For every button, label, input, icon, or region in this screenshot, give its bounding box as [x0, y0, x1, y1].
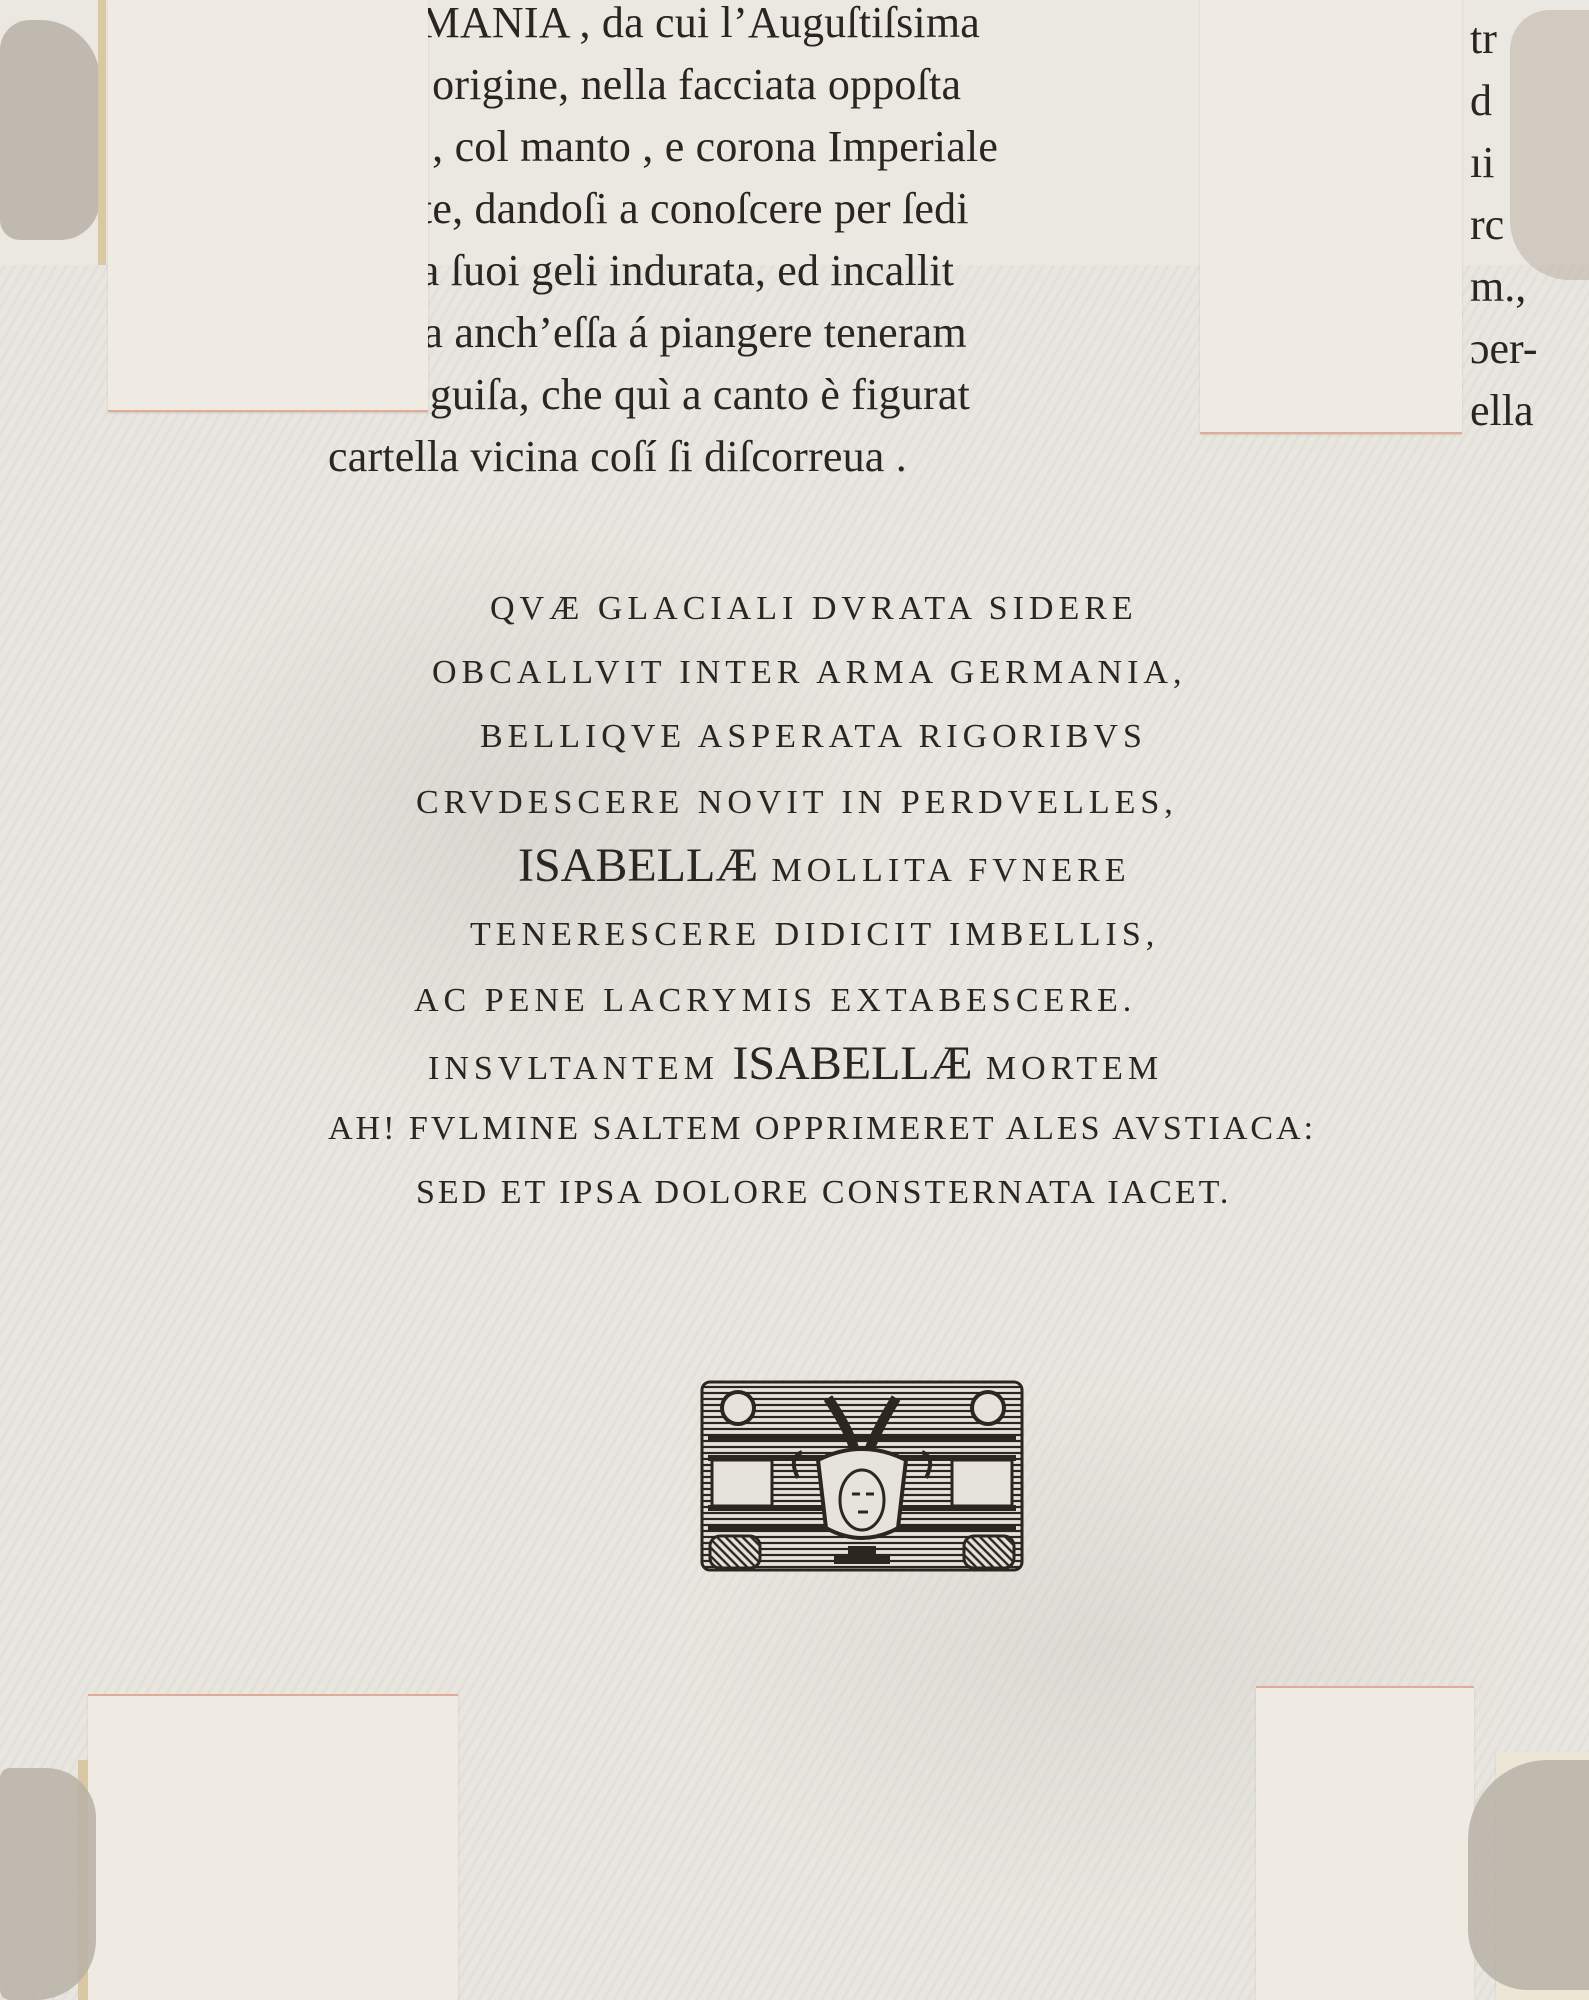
- bottom-right-hinge: [1256, 1686, 1474, 2000]
- inscription-line: OBCALLVIT INTER ARMA GERMANIA,: [432, 654, 1186, 692]
- inscription-text: INSVLTANTEM: [428, 1050, 719, 1087]
- prose-line: cartella vicina coſí ſi diſcorreua .: [328, 426, 907, 488]
- bottom-right-stain: [1468, 1760, 1589, 1990]
- margin-fragment: tr: [1470, 8, 1497, 70]
- inscription-line: ISABELLÆ MOLLITA FVNERE: [518, 838, 1131, 893]
- margin-fragment: ɔer-: [1470, 318, 1537, 380]
- margin-fragment: ıi: [1470, 132, 1494, 194]
- inscription-text: MORTEM: [986, 1050, 1163, 1087]
- inscription-line: CRVDESCERE NOVIT IN PERDVELLES,: [416, 784, 1178, 822]
- name-isabellae: ISABELLÆ: [518, 839, 758, 892]
- inscription-line: SED ET IPSA DOLORE CONSTERNATA IACET.: [416, 1174, 1231, 1212]
- bottom-left-hinge: [88, 1694, 458, 2000]
- inscription-line: BELLIQVE ASPERATA RIGORIBVS: [480, 718, 1147, 756]
- inscription-line: AC PENE LACRYMIS EXTABESCERE.: [414, 982, 1136, 1020]
- prose-line: GERMANIA , da cui l’Auguſtiſsima: [332, 0, 980, 54]
- top-right-stain: [1510, 10, 1589, 280]
- margin-fragment: m.,: [1470, 256, 1526, 318]
- inscription-line: AH! FVLMINE SALTEM OPPRIMERET ALES AVSTI…: [328, 1110, 1316, 1148]
- inscription-line: INSVLTANTEM ISABELLÆ MORTEM: [428, 1036, 1163, 1091]
- name-isabellae: ISABELLÆ: [732, 1037, 972, 1090]
- margin-fragment: ella: [1470, 380, 1534, 442]
- margin-fragment: rc: [1470, 194, 1504, 256]
- prose-line: ıgelo , col manto , e corona Imperiale: [332, 116, 998, 178]
- hinge-edge: [98, 0, 106, 265]
- top-left-stain: [0, 20, 100, 240]
- woodcut-vase-with-mask-and-scrolls-icon: [698, 1378, 1026, 1574]
- inscription-line: TENERESCERE DIDICIT IMBELLIS,: [470, 916, 1159, 954]
- top-right-hinge: [1200, 0, 1462, 434]
- inscription-line: QVÆ GLACIALI DVRATA SIDERE: [490, 590, 1138, 628]
- top-left-hinge: [108, 0, 428, 412]
- inscription-text: MOLLITA FVNERE: [772, 852, 1131, 889]
- bottom-left-stain: [0, 1768, 96, 2000]
- margin-fragment: d: [1470, 70, 1492, 132]
